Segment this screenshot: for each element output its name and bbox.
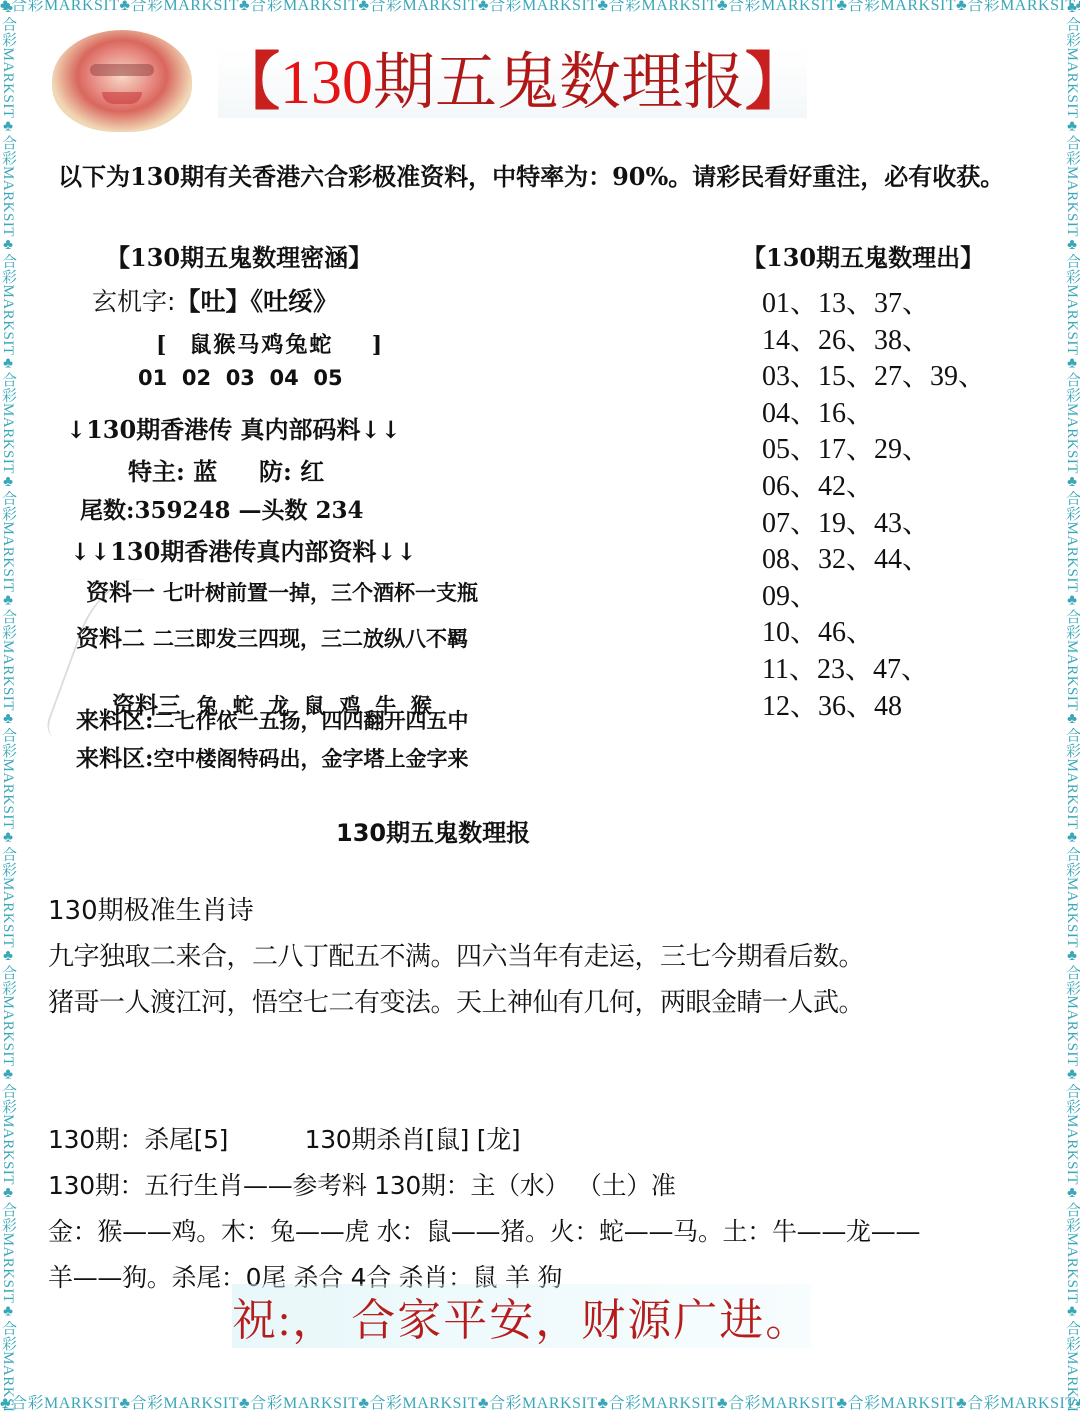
info-label: 资料一 — [86, 579, 155, 606]
mystery-word-value: 【吐】《吐绥》 — [175, 287, 338, 316]
border-watermark-left: ♣合彩MARKSIT♣合彩MARKSIT♣合彩MARKSIT♣合彩MARKSIT… — [0, 0, 17, 1411]
border-watermark-bottom: ♣合彩MARKSIT♣合彩MARKSIT♣合彩MARKSIT♣合彩MARKSIT… — [0, 1395, 1080, 1411]
info-label: 来料区: — [76, 707, 154, 734]
number-row: 12、36、48 — [762, 689, 986, 726]
mystery-word-label: 玄机字: — [92, 287, 175, 316]
info-label: 资料二 — [76, 625, 145, 652]
info-text: 七叶树前置一掉，三个酒杯一支瓶 — [163, 580, 478, 605]
info-row-4: 来料区:二七作依一五扬，四四翻开四五中 — [76, 702, 469, 735]
number-list: 01、13、37、 14、26、38、 03、15、27、39、 04、16、 … — [762, 286, 986, 725]
number-row: 04、16、 — [762, 396, 986, 433]
left-section-title: 【130期五鬼数理密涵】 — [106, 238, 372, 273]
number-row: 01、13、37、 — [762, 286, 986, 323]
info-text: 空中楼阁特码出，金字塔上金字来 — [154, 746, 469, 771]
number-row: 07、19、43、 — [762, 506, 986, 543]
info-row-1: 资料一 七叶树前置一掉，三个酒杯一支瓶 — [86, 574, 478, 607]
number-row: 08、32、44、 — [762, 542, 986, 579]
right-section-title: 【130期五鬼数理出】 — [742, 238, 984, 273]
avatar-eyes — [90, 64, 154, 76]
title-bracket-right: 】 — [745, 49, 807, 117]
border-watermark-top: ♣合彩MARKSIT♣合彩MARKSIT♣合彩MARKSIT♣合彩MARKSIT… — [0, 0, 1080, 15]
info-header: ↓↓130期香港传真内部资料↓↓ — [70, 532, 417, 567]
zodiac-numbers: 01 02 03 04 05 — [138, 366, 343, 390]
page-title: 【130期五鬼数理报】 — [218, 48, 807, 118]
zodiac-list: 鼠猴马鸡兔蛇 — [189, 332, 333, 358]
report-heading: 130期五鬼数理报 — [336, 813, 530, 848]
title-issue-number: 130 — [280, 49, 373, 117]
number-row: 06、42、 — [762, 469, 986, 506]
info-row-5: 来料区:空中楼阁特码出，金字塔上金字来 — [76, 740, 469, 773]
number-row: 09、 — [762, 579, 986, 616]
avatar-portrait — [52, 30, 192, 132]
number-row: 11、23、47、 — [762, 652, 986, 689]
info-text: 二三即发三四现，三二放纵八不羁 — [153, 626, 468, 651]
intro-text: 以下为130期有关香港六合彩极准资料，中特率为：90%。请彩民看好重注，必有收获… — [58, 160, 1048, 194]
number-row: 05、17、29、 — [762, 432, 986, 469]
zodiac-bracket-open: [ — [156, 332, 166, 358]
five-elements-line: 130期：五行生肖——参考料 130期：主（水） （土）准 — [48, 1166, 676, 1202]
blessing-text: 祝:， 合家平安，财源广进。 — [232, 1284, 811, 1348]
kill-tail-line: 130期：杀尾[5] 130期杀肖[鼠] [龙] — [48, 1120, 520, 1156]
poem-title: 130期极准生肖诗 — [48, 890, 254, 927]
zodiac-bracket-close: ] — [372, 332, 382, 358]
title-text: 期五鬼数理报 — [373, 49, 745, 117]
poem-line: 猪哥一人渡江河，悟空七二有变法。天上神仙有几何，两眼金睛一人武。 — [48, 982, 864, 1019]
elements-mapping-line: 金：猴——鸡。木：兔——虎 水：鼠——猪。火：蛇——马。土：牛——龙—— — [48, 1212, 920, 1248]
number-row: 14、26、38、 — [762, 323, 986, 360]
color-line: 特主: 蓝 防: 红 — [128, 452, 324, 487]
zodiac-row: [ 鼠猴马鸡兔蛇 ] — [156, 328, 382, 359]
title-bracket-left: 【 — [218, 49, 280, 117]
number-row: 10、46、 — [762, 615, 986, 652]
avatar-mouth — [102, 92, 142, 104]
border-watermark-right: ♣合彩MARKSIT♣合彩MARKSIT♣合彩MARKSIT♣合彩MARKSIT… — [1063, 0, 1080, 1411]
info-row-2: 资料二 二三即发三四现，三二放纵八不羁 — [76, 620, 468, 653]
tail-head-line: 尾数:359248 —头数 234 — [80, 492, 364, 525]
info-text: 二七作依一五扬，四四翻开四五中 — [154, 708, 469, 733]
info-label: 来料区: — [76, 745, 154, 772]
mystery-word-row: 玄机字:【吐】《吐绥》 — [92, 282, 338, 318]
number-row: 03、15、27、39、 — [762, 359, 986, 396]
code-header: ↓130期香港传 真内部码料↓↓ — [66, 410, 401, 445]
poem-line: 九字独取二来合，二八丁配五不满。四六当年有走运，三七今期看后数。 — [48, 936, 864, 973]
